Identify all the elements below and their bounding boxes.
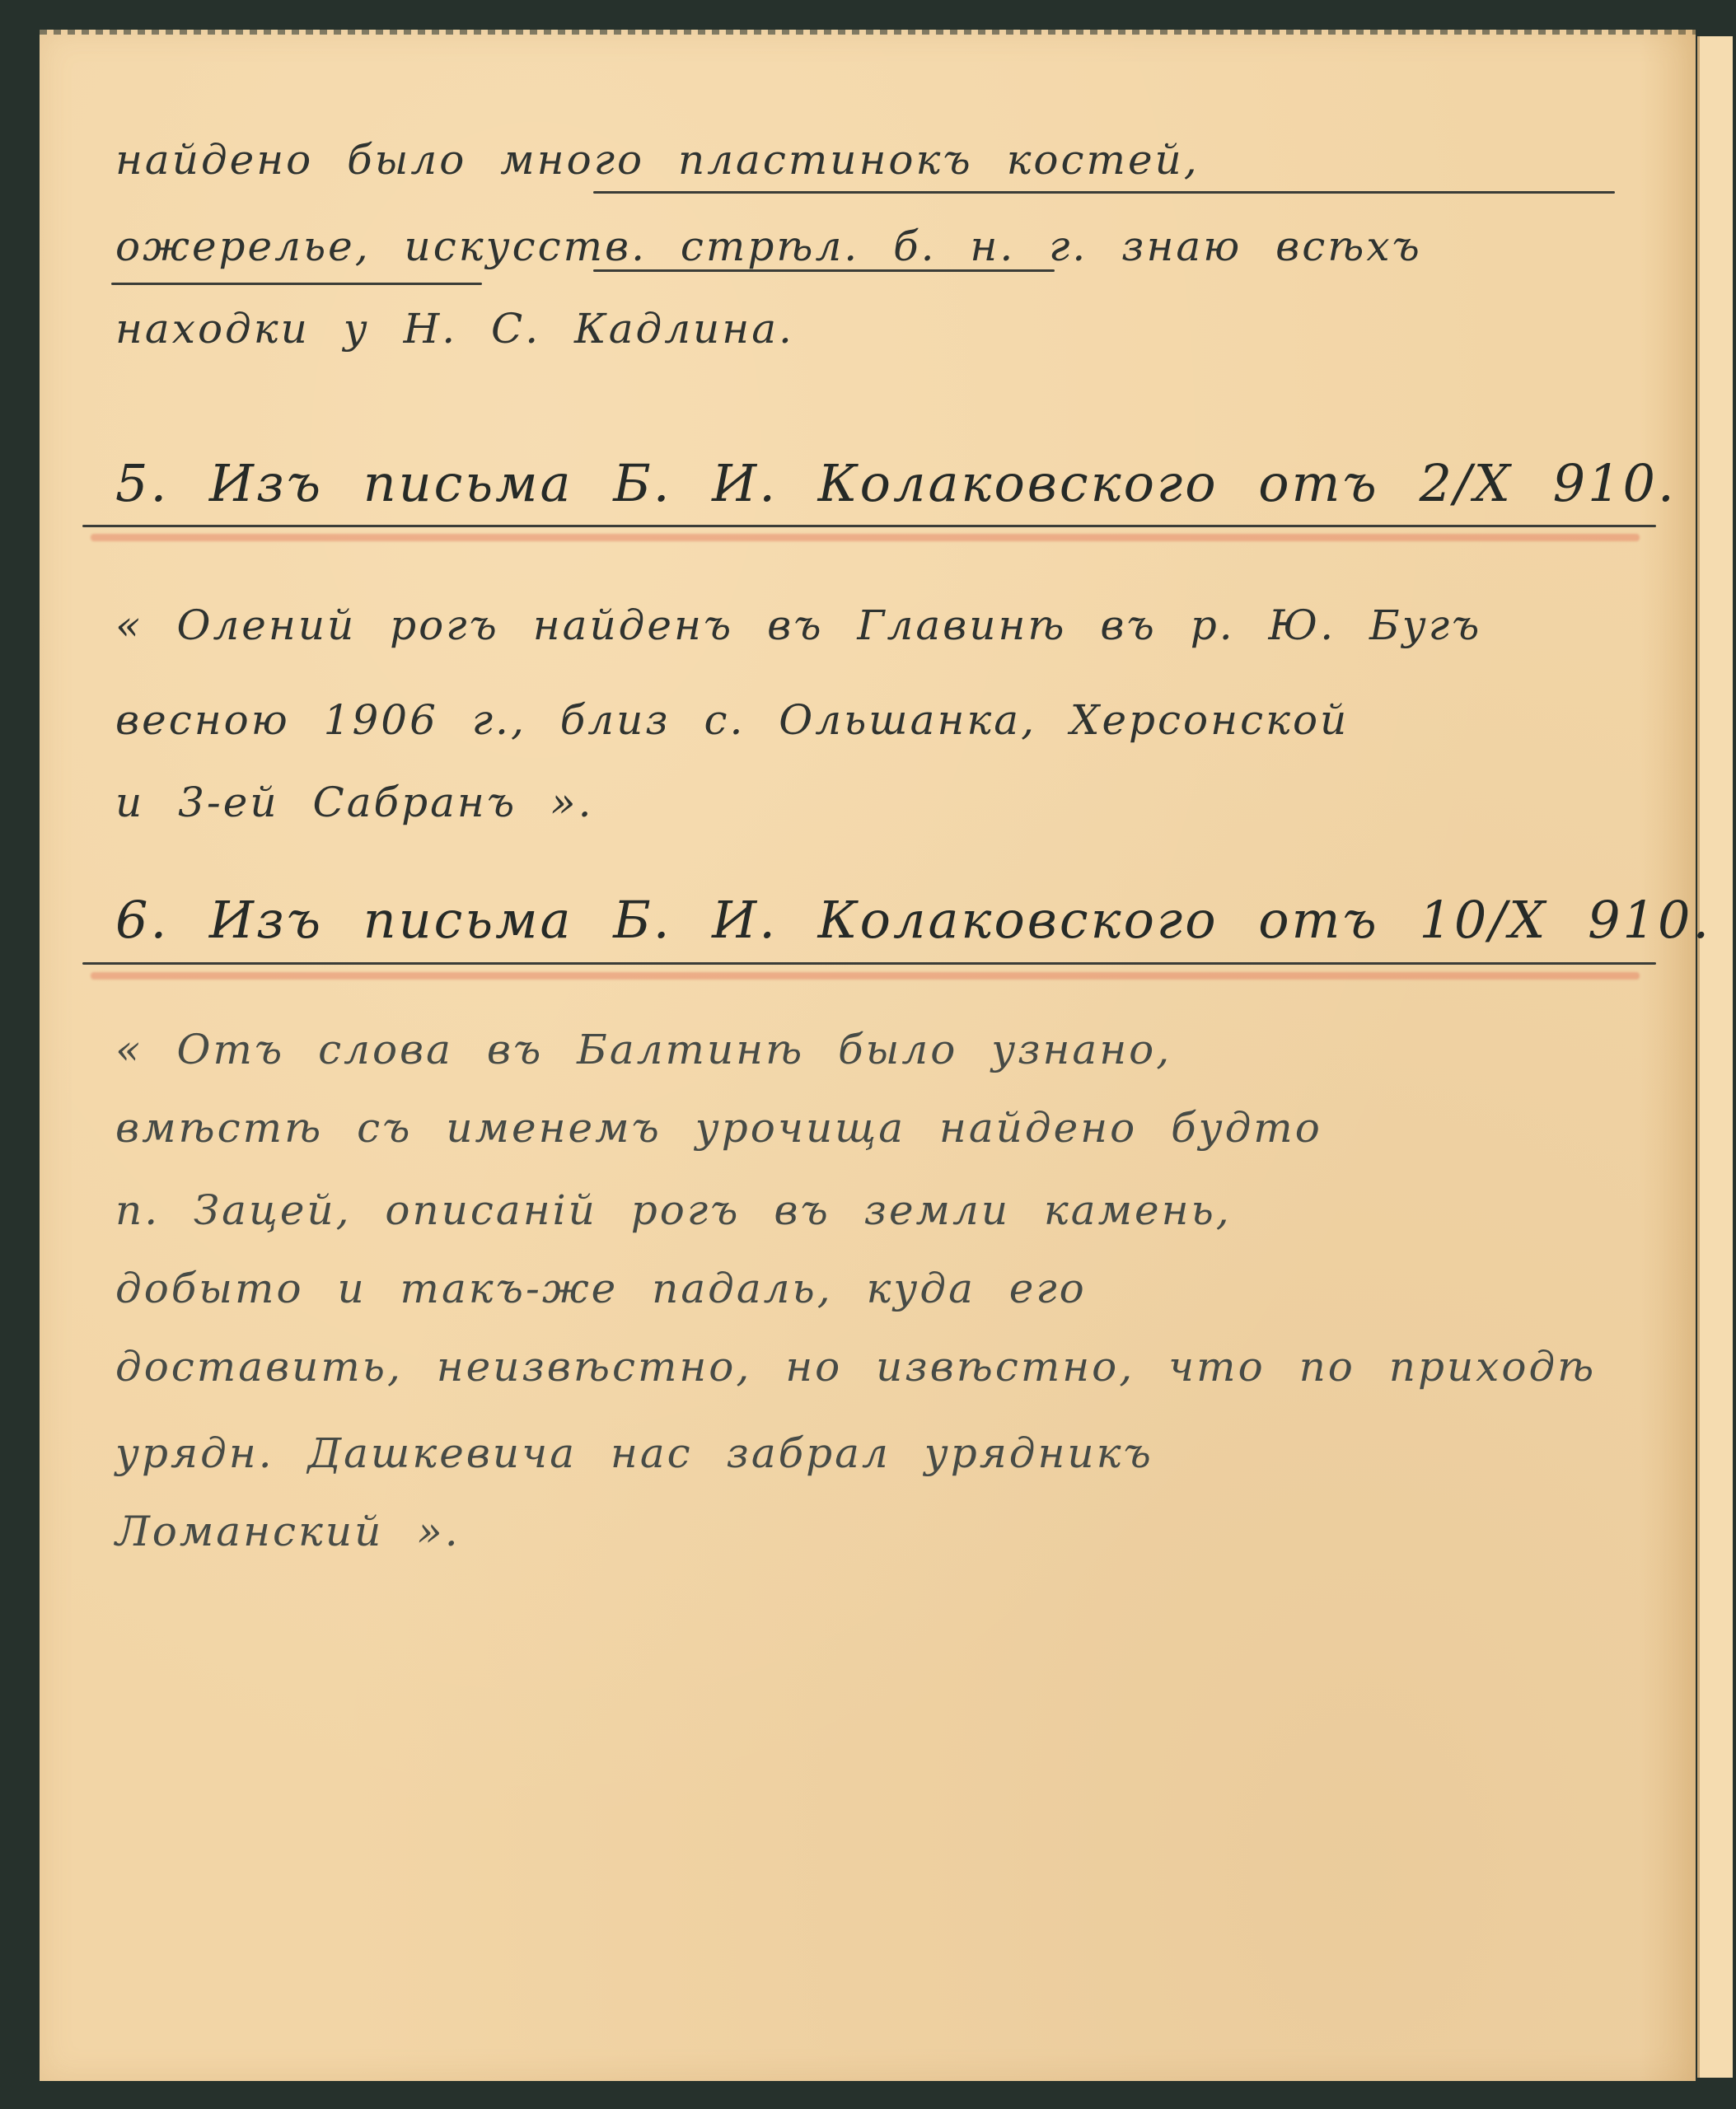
page-fold-shadow bbox=[1640, 30, 1696, 2081]
body-text: урядн. Дашкевича нас забрал урядникъ bbox=[115, 1429, 1153, 1477]
continuation-line-3: находки у Н. С. Кадлина. bbox=[115, 305, 794, 353]
heading-underline bbox=[82, 525, 1656, 527]
body-text: добыто и такъ-же падаль, куда его bbox=[115, 1265, 1087, 1312]
red-pencil-underline bbox=[91, 972, 1640, 980]
torn-top-edge bbox=[40, 23, 1736, 35]
section-5-heading: 5. Изъ письма Б. И. Колаковского отъ 2/X… bbox=[115, 453, 1677, 513]
red-pencil-underline bbox=[91, 534, 1640, 541]
section-6-heading: 6. Изъ письма Б. И. Колаковского отъ 10/… bbox=[115, 890, 1711, 950]
section-6-body-line-5: доставить, неизвѣстно, но извѣстно, что … bbox=[115, 1343, 1596, 1391]
underline-mark bbox=[111, 283, 482, 285]
continuation-line-1: найдено было много пластинокъ костей, bbox=[115, 136, 1200, 184]
continuation-text: находки у Н. С. Кадлина. bbox=[115, 305, 794, 353]
continuation-text: ожерелье, искусств. стрѣл. б. н. г. знаю… bbox=[115, 222, 1422, 270]
section-heading-text: Изъ письма Б. И. Колаковского отъ 10/X 9… bbox=[209, 890, 1711, 950]
body-text: п. Зацей, описаній рогъ въ земли камень, bbox=[115, 1186, 1232, 1234]
body-text: вмѣстѣ съ именемъ урочища найдено будто bbox=[115, 1104, 1322, 1152]
body-text: весною 1906 г., близ с. Ольшанка, Херсон… bbox=[115, 696, 1349, 744]
section-heading-text: Изъ письма Б. И. Колаковского отъ 2/X 91… bbox=[209, 453, 1677, 513]
section-6-body-line-1: « Отъ слова въ Балтинѣ было узнано, bbox=[115, 1026, 1172, 1073]
section-6-body-line-7: Ломанский ». bbox=[115, 1508, 461, 1555]
section-number: 6. bbox=[115, 890, 169, 950]
underline-mark bbox=[593, 269, 1055, 272]
section-5-body-line-1: « Олений рогъ найденъ въ Главинѣ въ р. Ю… bbox=[115, 601, 1481, 649]
body-text: « Отъ слова въ Балтинѣ было узнано, bbox=[115, 1026, 1172, 1073]
section-6-body-line-2: вмѣстѣ съ именемъ урочища найдено будто bbox=[115, 1104, 1322, 1152]
continuation-text: найдено было много пластинокъ костей, bbox=[115, 136, 1200, 184]
continuation-line-2: ожерелье, искусств. стрѣл. б. н. г. знаю… bbox=[115, 222, 1422, 270]
body-text: и 3-ей Сабранъ ». bbox=[115, 779, 594, 826]
section-number: 5. bbox=[115, 453, 169, 513]
section-6-body-line-4: добыто и такъ-же падаль, куда его bbox=[115, 1265, 1087, 1312]
section-6-body-line-6: урядн. Дашкевича нас забрал урядникъ bbox=[115, 1429, 1153, 1477]
body-text: « Олений рогъ найденъ въ Главинѣ въ р. Ю… bbox=[115, 601, 1481, 649]
section-6-body-line-3: п. Зацей, описаній рогъ въ земли камень, bbox=[115, 1186, 1232, 1234]
underline-mark bbox=[593, 191, 1615, 194]
adjacent-page-edge bbox=[1697, 36, 1733, 2078]
section-5-body-line-3: и 3-ей Сабранъ ». bbox=[115, 779, 594, 826]
body-text: доставить, неизвѣстно, но извѣстно, что … bbox=[115, 1343, 1596, 1391]
section-5-body-line-2: весною 1906 г., близ с. Ольшанка, Херсон… bbox=[115, 696, 1349, 744]
body-text: Ломанский ». bbox=[115, 1508, 461, 1555]
heading-underline bbox=[82, 962, 1656, 965]
